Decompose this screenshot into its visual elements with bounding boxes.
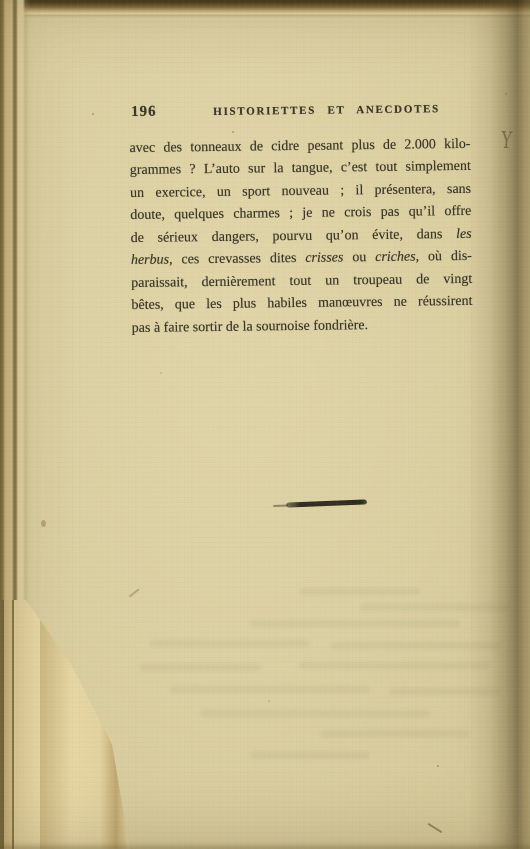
text-segment: bêtes, que les plus habiles manœuvres ne… (131, 294, 472, 313)
show-through-line (300, 588, 420, 595)
page-stack-bottom-left (0, 600, 140, 849)
paper-speck (160, 372, 162, 374)
text-segment: un exercice, un sport nouveau ; il prése… (130, 182, 471, 201)
show-through-line (150, 640, 310, 647)
pencil-mark: Y (500, 128, 512, 155)
show-through-line (320, 730, 470, 737)
paper-speck (437, 765, 439, 767)
section-divider-rule (286, 499, 367, 507)
paper-scratch (129, 588, 139, 597)
text-segment: paraissait, dernièrement tout un troupea… (131, 272, 472, 291)
show-through-line (250, 752, 370, 759)
italic-text: crisses (305, 251, 343, 266)
show-through-line (140, 664, 260, 671)
text-segment: grammes ? L’auto sur la tangue, c’est to… (130, 159, 471, 178)
page-header: 196 HISTORIETTES ET ANECDOTES (129, 99, 470, 123)
book-bottom-edge (0, 842, 530, 849)
page-content: 196 HISTORIETTES ET ANECDOTES avec des t… (129, 99, 473, 340)
paper-speck (268, 700, 270, 702)
show-through-line (300, 662, 490, 669)
italic-text: les (456, 227, 472, 242)
text-segment: pas à faire sortir de la sournoise fondr… (132, 318, 369, 336)
text-segment: , où dis- (416, 249, 472, 265)
text-segment: , ces crevasses dites (169, 251, 305, 268)
show-through-line (170, 686, 370, 693)
paper-scratch (428, 823, 442, 833)
show-through-line (200, 710, 430, 717)
paper-speck (41, 520, 46, 527)
body-paragraph: avec des tonneaux de cidre pesant plus d… (129, 134, 472, 340)
italic-text: criches (375, 250, 416, 265)
paper-speck (92, 113, 94, 115)
page-curve-shadow-right (468, 0, 530, 849)
text-line: pas à faire sortir de la sournoise fondr… (132, 313, 473, 340)
page-number: 196 (131, 104, 157, 121)
running-header: HISTORIETTES ET ANECDOTES (156, 103, 497, 119)
text-segment: doute, quelques charmes ; je ne crois pa… (130, 204, 471, 223)
book-page-scan: 196 HISTORIETTES ET ANECDOTES avec des t… (0, 0, 530, 849)
italic-text: herbus (131, 253, 169, 268)
text-line: bêtes, que les plus habiles manœuvres ne… (131, 291, 472, 318)
text-segment: avec des tonneaux de cidre pesant plus d… (129, 137, 470, 156)
text-segment: ou (343, 250, 375, 265)
book-top-edge (0, 0, 530, 18)
text-segment: de sérieux dangers, pourvu qu’on évite, … (131, 227, 457, 246)
show-through-line (250, 620, 460, 627)
